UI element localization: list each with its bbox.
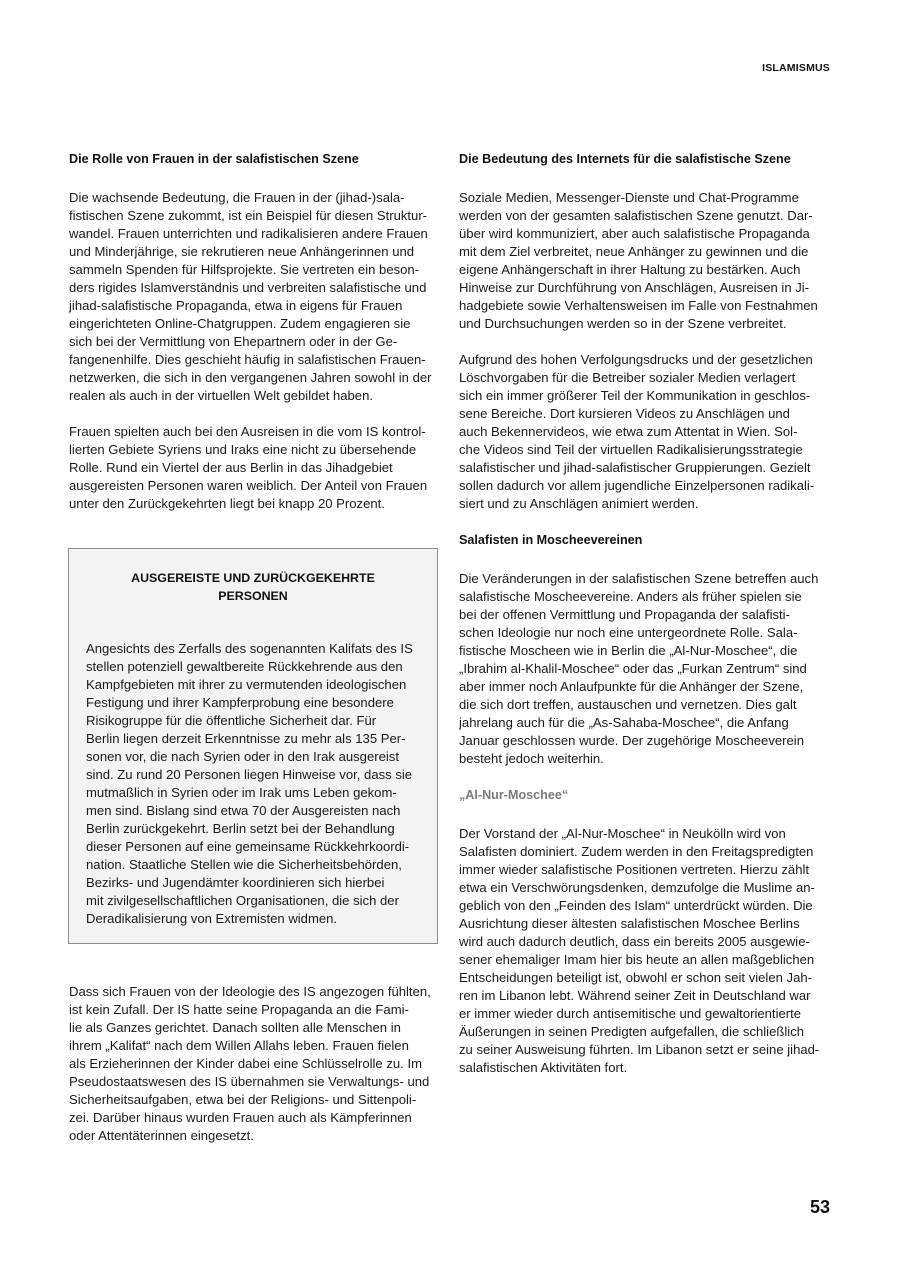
text-line: wandel. Frauen unterrichten und radikali…	[69, 225, 444, 243]
text-line: geblich von den „Feinden des Islam“ unte…	[459, 897, 834, 915]
text-line: jahrelang auch für die „As-Sahaba-Mosche…	[459, 714, 834, 732]
text-line: die sich dort treffen, austauschen und v…	[459, 696, 834, 714]
text-line: immer wieder salafistische Positionen ve…	[459, 861, 834, 879]
text-line: ren im Libanon lebt. Während seiner Zeit…	[459, 987, 834, 1005]
text-line: salafistische Moscheevereine. Anders als…	[459, 588, 834, 606]
text-line: schen Ideologie nur noch eine untergeord…	[459, 624, 834, 642]
text-line: Pseudostaatswesen des IS übernahmen sie …	[69, 1073, 444, 1091]
text-line: siert und zu Anschlägen animiert werden.	[459, 495, 834, 513]
text-line: ihrem „Kalifat“ nach dem Willen Allahs l…	[69, 1037, 444, 1055]
text-line: Festigung und ihrer Kampferprobung eine …	[86, 694, 437, 712]
left-column: Die Rolle von Frauen in der salafistisch…	[69, 150, 444, 531]
section-heading-al-nur: „Al-Nur-Moschee“	[459, 786, 834, 804]
text-line: men sind. Bislang sind etwa 70 der Ausge…	[86, 802, 437, 820]
text-line: „Ibrahim al-Khalil-Moschee“ oder das „Fu…	[459, 660, 834, 678]
text-line: Aufgrund des hohen Verfolgungsdrucks und…	[459, 351, 834, 369]
text-line: fistische Moscheen wie in Berlin die „Al…	[459, 642, 834, 660]
text-line: salafistischen Aktivitäten fort.	[459, 1059, 834, 1077]
text-line: auch Bekennervideos, wie etwa zum Attent…	[459, 423, 834, 441]
text-line: er immer wieder durch antisemitische und…	[459, 1005, 834, 1023]
text-line: mit dem Ziel verbreitet, neue Anhänger z…	[459, 243, 834, 261]
text-line: ist kein Zufall. Der IS hatte seine Prop…	[69, 1001, 444, 1019]
text-line: Berlin liegen derzeit Erkenntnisse zu me…	[86, 730, 437, 748]
text-line: zei. Darüber hinaus wurden Frauen auch a…	[69, 1109, 444, 1127]
text-line: wird auch dadurch deutlich, dass ein ber…	[459, 933, 834, 951]
text-line: ausgereisten Personen waren weiblich. De…	[69, 477, 444, 495]
left-column-closing: Dass sich Frauen von der Ideologie des I…	[69, 983, 444, 1163]
section-heading-mosques: Salafisten in Moscheevereinen	[459, 531, 834, 549]
paragraph: Aufgrund des hohen Verfolgungsdrucks und…	[459, 351, 834, 513]
text-line: eingerichteten Online-Chatgruppen. Zudem…	[69, 315, 444, 333]
info-box-title: AUSGEREISTE UND ZURÜCKGEKEHRTEPERSONEN	[69, 569, 437, 605]
text-line: Der Vorstand der „Al-Nur-Moschee“ in Neu…	[459, 825, 834, 843]
text-line: Januar geschlossen wurde. Der zugehörige…	[459, 732, 834, 750]
text-line: werden von der gesamten salafistischen S…	[459, 207, 834, 225]
text-line: Ausrichtung dieser ältesten salafistisch…	[459, 915, 834, 933]
text-line: zu seiner Ausweisung führten. Im Libanon…	[459, 1041, 834, 1059]
text-line: Dass sich Frauen von der Ideologie des I…	[69, 983, 444, 1001]
text-line: bei der offenen Vermittlung und Propagan…	[459, 606, 834, 624]
text-line: Rolle. Rund ein Viertel der aus Berlin i…	[69, 459, 444, 477]
text-line: che Videos sind Teil der virtuellen Radi…	[459, 441, 834, 459]
text-line: sonen vor, die nach Syrien oder in den I…	[86, 748, 437, 766]
text-line: oder Attentäterinnen eingesetzt.	[69, 1127, 444, 1145]
text-line: mit zivilgesellschaftlichen Organisation…	[86, 892, 437, 910]
text-line: dieser Personen auf eine gemeinsame Rück…	[86, 838, 437, 856]
text-line: sich bei der Vermittlung von Ehepartnern…	[69, 333, 444, 351]
text-line: nation. Staatliche Stellen wie die Siche…	[86, 856, 437, 874]
text-line: Angesichts des Zerfalls des sogenannten …	[86, 640, 437, 658]
text-line: sener ehemaliger Imam hier bis heute an …	[459, 951, 834, 969]
text-line: als Erzieherinnen der Kinder dabei eine …	[69, 1055, 444, 1073]
text-line: fangenenhilfe. Dies geschieht häufig in …	[69, 351, 444, 369]
paragraph: Frauen spielten auch bei den Ausreisen i…	[69, 423, 444, 513]
text-line: sind. Zu rund 20 Personen liegen Hinweis…	[86, 766, 437, 784]
text-line: AUSGEREISTE UND ZURÜCKGEKEHRTE	[69, 569, 437, 587]
section-heading-internet: Die Bedeutung des Internets für die sala…	[459, 150, 834, 168]
text-line: sollen dadurch vor allem jugendliche Ein…	[459, 477, 834, 495]
text-line: besteht jedoch weiterhin.	[459, 750, 834, 768]
text-line: stellen potenziell gewaltbereite Rückkeh…	[86, 658, 437, 676]
text-line: über wird kommuniziert, aber auch salafi…	[459, 225, 834, 243]
text-line: sene Bereiche. Dort kursieren Videos zu …	[459, 405, 834, 423]
paragraph: Soziale Medien, Messenger-Dienste und Ch…	[459, 189, 834, 333]
text-line: aber immer noch Anlaufpunkte für die Anh…	[459, 678, 834, 696]
text-line: ders rigides Islamverständnis und verbre…	[69, 279, 444, 297]
info-box-returnees: AUSGEREISTE UND ZURÜCKGEKEHRTEPERSONEN A…	[68, 548, 438, 944]
text-line: Die wachsende Bedeutung, die Frauen in d…	[69, 189, 444, 207]
text-line: Kampfgebieten mit ihrer zu vermutenden i…	[86, 676, 437, 694]
text-line: PERSONEN	[69, 587, 437, 605]
text-line: Berlin zurückgekehrt. Berlin setzt bei d…	[86, 820, 437, 838]
text-line: etwa ein Verschwörungsdenken, demzufolge…	[459, 879, 834, 897]
page-number: 53	[810, 1197, 830, 1218]
text-line: hadgebiete sowie Verhaltensweisen im Fal…	[459, 297, 834, 315]
text-line: Frauen spielten auch bei den Ausreisen i…	[69, 423, 444, 441]
paragraph: Der Vorstand der „Al-Nur-Moschee“ in Neu…	[459, 825, 834, 1077]
paragraph: Die Veränderungen in der salafistischen …	[459, 570, 834, 768]
text-line: fistischen Szene zukommt, ist ein Beispi…	[69, 207, 444, 225]
text-line: Löschvorgaben für die Betreiber sozialer…	[459, 369, 834, 387]
text-line: jihad-salafistische Propaganda, etwa in …	[69, 297, 444, 315]
text-line: Bezirks- und Jugendämter koordinieren si…	[86, 874, 437, 892]
text-line: sich ein immer größerer Teil der Kommuni…	[459, 387, 834, 405]
text-line: Salafisten dominiert. Zudem werden in de…	[459, 843, 834, 861]
text-line: Hinweise zur Durchführung von Anschlägen…	[459, 279, 834, 297]
text-line: salafistischer und jihad-salafistischer …	[459, 459, 834, 477]
text-line: mutmaßlich in Syrien oder im Irak ums Le…	[86, 784, 437, 802]
info-box-body: Angesichts des Zerfalls des sogenannten …	[86, 640, 437, 928]
text-line: Die Veränderungen in der salafistischen …	[459, 570, 834, 588]
text-line: realen als auch in der virtuellen Welt g…	[69, 387, 444, 405]
text-line: Risikogruppe für die öffentliche Sicherh…	[86, 712, 437, 730]
right-column: Die Bedeutung des Internets für die sala…	[459, 150, 834, 1095]
text-line: eigene Anhängerschaft in ihrer Haltung z…	[459, 261, 834, 279]
paragraph: Die wachsende Bedeutung, die Frauen in d…	[69, 189, 444, 405]
text-line: Entscheidungen beteiligt ist, obwohl er …	[459, 969, 834, 987]
text-line: lie als Ganzes gerichtet. Danach sollten…	[69, 1019, 444, 1037]
text-line: Sicherheitsaufgaben, etwa bei der Religi…	[69, 1091, 444, 1109]
section-label: ISLAMISMUS	[762, 62, 830, 74]
text-line: unter den Zurückgekehrten liegt bei knap…	[69, 495, 444, 513]
text-line: netzwerken, die sich in den vergangenen …	[69, 369, 444, 387]
text-line: Äußerungen in seinen Predigten aufgefall…	[459, 1023, 834, 1041]
text-line: Deradikalisierung von Extremisten widmen…	[86, 910, 437, 928]
text-line: lierten Gebiete Syriens und Iraks eine n…	[69, 441, 444, 459]
text-line: und Durchsuchungen werden so in der Szen…	[459, 315, 834, 333]
text-line: Soziale Medien, Messenger-Dienste und Ch…	[459, 189, 834, 207]
text-line: und Minderjährige, sie rekrutieren neue …	[69, 243, 444, 261]
paragraph: Dass sich Frauen von der Ideologie des I…	[69, 983, 444, 1145]
section-heading-women-role: Die Rolle von Frauen in der salafistisch…	[69, 150, 444, 168]
text-line: sammeln Spenden für Hilfsprojekte. Sie v…	[69, 261, 444, 279]
